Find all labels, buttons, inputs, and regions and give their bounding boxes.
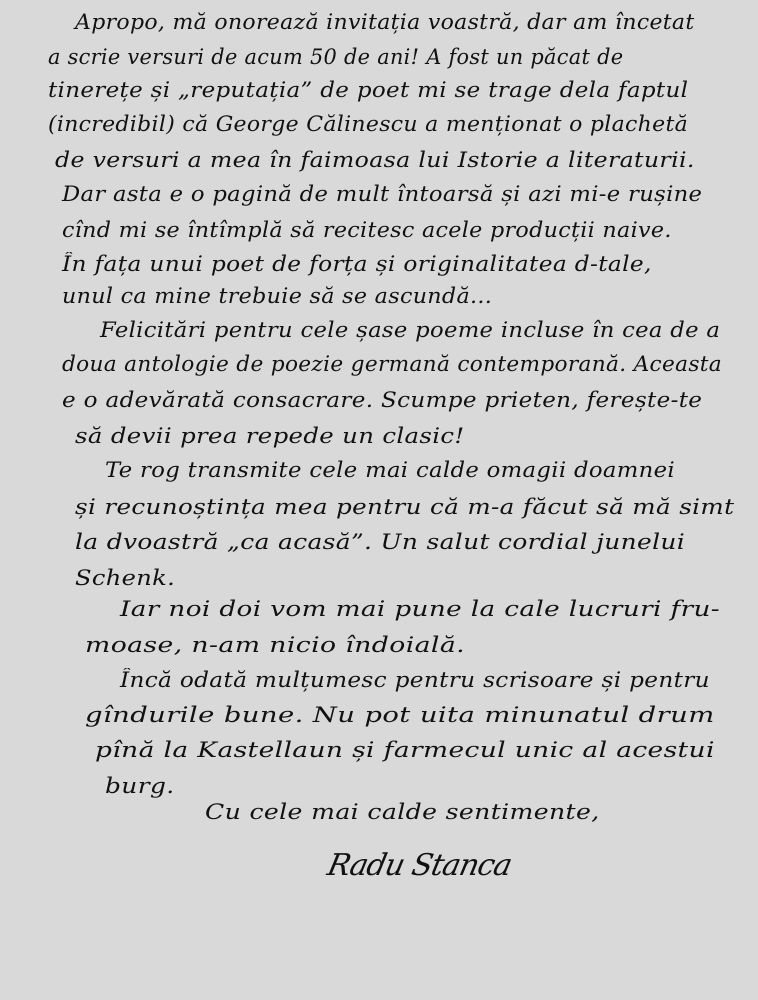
- closing-line: Cu cele mai calde sentimente,: [205, 800, 600, 824]
- letter-line: e o adevărată consacrare. Scumpe prieten…: [62, 388, 702, 412]
- letter-line: Schenk.: [75, 566, 175, 590]
- letter-line: cînd mi se întîmplă să recitesc acele pr…: [62, 218, 672, 242]
- letter-line: doua antologie de poezie germană contemp…: [62, 352, 722, 376]
- letter-line: Te rog transmite cele mai calde omagii d…: [105, 458, 675, 482]
- letter-line: unul ca mine trebuie să se ascundă...: [62, 284, 492, 308]
- letter-line: Încă odată mulțumesc pentru scrisoare și…: [120, 668, 710, 692]
- signature: Radu Stanca: [324, 848, 514, 883]
- letter-line: să devii prea repede un clasic!: [75, 424, 465, 448]
- letter-line: Felicitări pentru cele șase poeme inclus…: [100, 318, 720, 342]
- letter-line: a scrie versuri de acum 50 de ani! A fos…: [48, 45, 623, 69]
- handwritten-letter: Apropo, mă onorează invitația voastră, d…: [0, 0, 758, 1000]
- letter-line: tinerețe și „reputația” de poet mi se tr…: [48, 78, 688, 102]
- letter-line: Dar asta e o pagină de mult întoarsă și …: [62, 182, 702, 206]
- letter-line: În fața unui poet de forța și originalit…: [62, 252, 652, 276]
- letter-line: și recunoștința mea pentru că m-a făcut …: [75, 495, 734, 519]
- letter-line: gîndurile bune. Nu pot uita minunatul dr…: [85, 703, 715, 727]
- letter-line: (incredibil) că George Călinescu a menți…: [48, 112, 688, 136]
- letter-line: Iar noi doi vom mai pune la cale lucruri…: [120, 597, 720, 621]
- letter-line: burg.: [105, 774, 175, 798]
- letter-line: Apropo, mă onorează invitația voastră, d…: [75, 10, 694, 34]
- letter-line: moase, n-am nicio îndoială.: [85, 633, 465, 657]
- letter-line: de versuri a mea în faimoasa lui Istorie…: [55, 148, 695, 172]
- letter-line: pînă la Kastellaun și farmecul unic al a…: [95, 738, 715, 762]
- letter-line: la dvoastră „ca acasă”. Un salut cordial…: [75, 530, 685, 554]
